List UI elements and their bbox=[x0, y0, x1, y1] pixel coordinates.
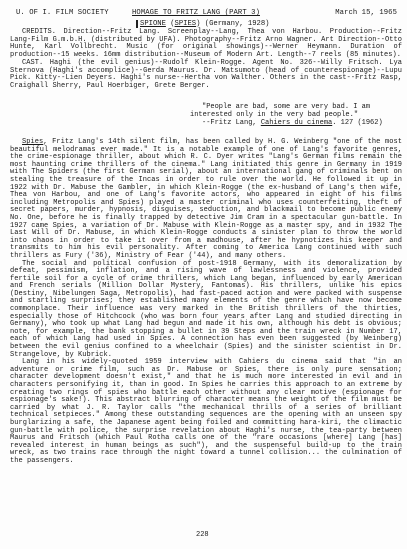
epigraph-quote: "People are bad, some are very bad. I am… bbox=[190, 104, 400, 127]
page-number: 228 bbox=[196, 531, 209, 540]
film-translated-title: SPIES bbox=[175, 20, 197, 28]
document-page: U. OF I. FILM SOCIETY HOMAGE TO FRITZ LA… bbox=[0, 0, 407, 549]
cast-text: Haghi (the evil genius)--Rudolf Klein-Ro… bbox=[10, 59, 402, 90]
credits-text: Direction--Fritz Lang. Screenplay--Lang,… bbox=[10, 28, 402, 59]
series-title: HOMAGE TO FRITZ LANG (PART 3) bbox=[132, 9, 260, 18]
film-original-title: SPIONE bbox=[136, 20, 166, 28]
paragraph-2: The social and political confusion of po… bbox=[10, 261, 402, 360]
film-country-year: (Germany, 1928) bbox=[200, 20, 269, 28]
paragraph-1: Spies, Fritz Lang's 14th silent film, ha… bbox=[10, 139, 402, 261]
credits-section: CREDITS. Direction--Fritz Lang. Screenpl… bbox=[10, 29, 402, 59]
date: March 15, 1965 bbox=[335, 9, 397, 18]
organization-name: U. OF I. FILM SOCIETY bbox=[16, 9, 109, 18]
essay-body: Spies, Fritz Lang's 14th silent film, ha… bbox=[10, 139, 402, 466]
quote-attribution: --Fritz Lang, Cahiers du cinema. 127 (19… bbox=[190, 120, 400, 128]
paragraph-3: Lang in his widely-quoted 1959 interview… bbox=[10, 359, 402, 465]
cast-section: CAST. Haghi (the evil genius)--Rudolf Kl… bbox=[10, 60, 402, 90]
quote-source: Cahiers du cinema bbox=[261, 119, 332, 127]
